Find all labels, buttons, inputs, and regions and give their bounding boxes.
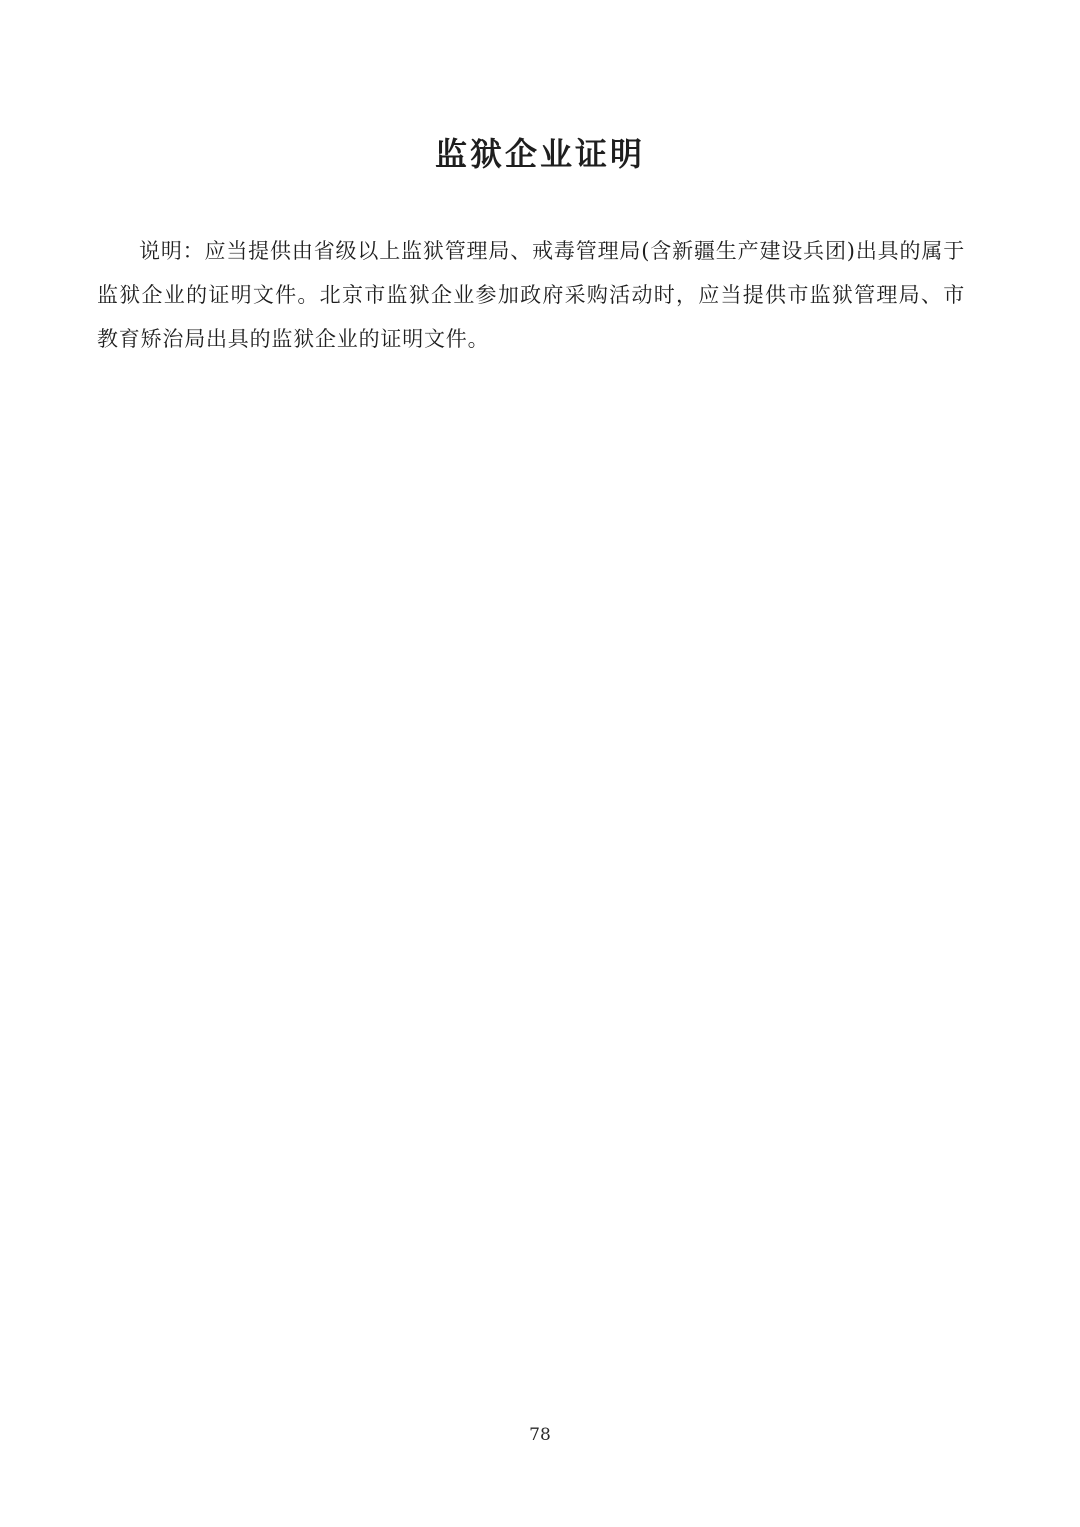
- page-title: 监狱企业证明: [0, 131, 1080, 177]
- body-paragraph: 说明：应当提供由省级以上监狱管理局、戒毒管理局(含新疆生产建设兵团)出具的属于监…: [97, 229, 965, 361]
- page-number: 78: [0, 1425, 1080, 1445]
- document-page: 监狱企业证明 说明：应当提供由省级以上监狱管理局、戒毒管理局(含新疆生产建设兵团…: [0, 0, 1080, 1527]
